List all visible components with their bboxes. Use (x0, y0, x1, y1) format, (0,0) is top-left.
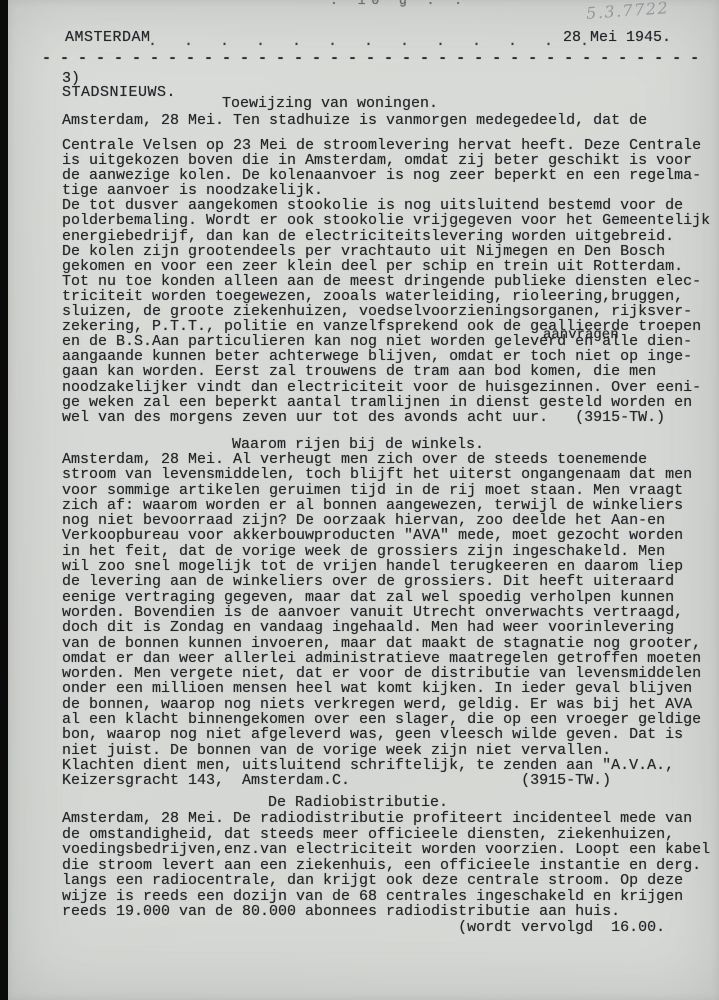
article-2-body: Amsterdam, 28 Mei. Al verheugt men zich … (62, 452, 701, 789)
header-dotted-leader: . . . . . . . . . . . . . (148, 33, 592, 50)
article-1-title: Toewijzing van woningen. (222, 95, 438, 112)
section-label: STADSNIEUWS. (62, 84, 176, 101)
article-3-body: Amsterdam, 28 Mei. De radiodistributie p… (62, 811, 710, 920)
article-1-lead-line: Amsterdam, 28 Mei. Ten stadhuize is vanm… (62, 112, 647, 129)
scanned-document-page: . 10 g . . 5.3.7722 AMSTERDAM . . . . . … (0, 0, 719, 1000)
top-edge-text-fragment: . 10 g . . (330, 0, 468, 8)
dashed-separator: - - - - - - - - - - - - - - - - - - - - … (42, 50, 699, 67)
continuation-note: (wordt vervolgd 16.00. (62, 919, 665, 936)
header-city: AMSTERDAM (65, 29, 151, 46)
article-1-typed-insertion: aanvragen (543, 327, 619, 343)
article-1-body: Centrale Velsen op 23 Mei de stroomlever… (62, 138, 710, 425)
header-date: 28 Mei 1945. (563, 29, 671, 46)
article-3-title: De Radiobistributie. (268, 794, 448, 811)
